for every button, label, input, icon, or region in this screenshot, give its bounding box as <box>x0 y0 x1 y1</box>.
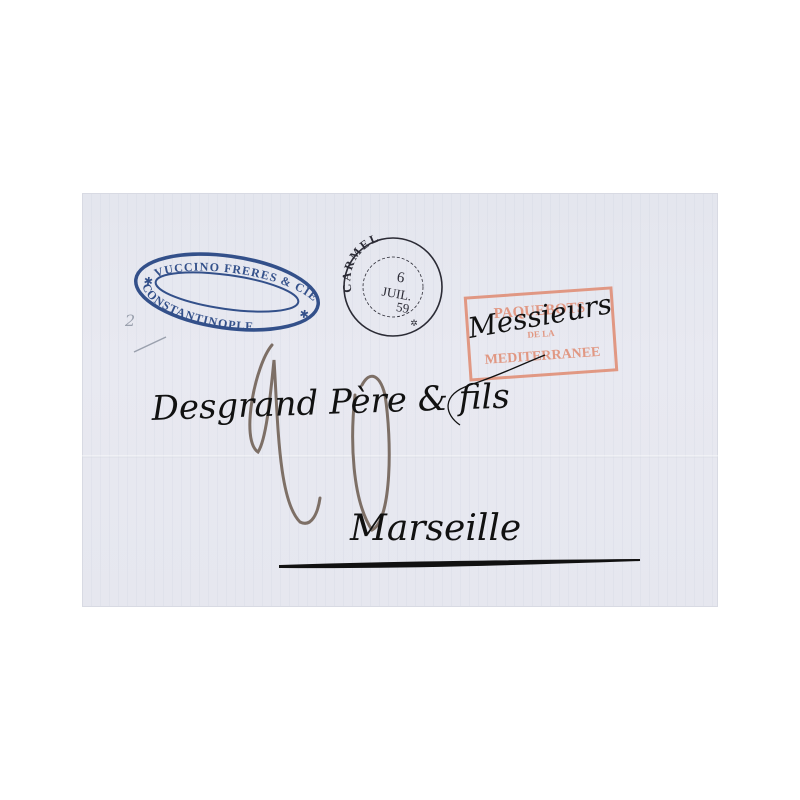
cachet-ornament-right: ✱ <box>299 308 310 321</box>
postmark-year: 59 <box>395 299 410 316</box>
postmark-ornament: ✲ <box>410 318 418 328</box>
cachet-bottom-text: CONSTANTINOPLE <box>135 280 259 335</box>
svg-text:2: 2 <box>124 311 135 330</box>
postmark-day: 6 <box>396 270 407 287</box>
cachet-ornament-left: ✱ <box>143 275 154 288</box>
margin-mark: 2 <box>124 311 166 352</box>
sender-cachet: VUCCINO FRERES & CIE CONSTANTINOPLE ✱ ✱ <box>130 244 324 344</box>
postmark-office: CARMEL <box>339 230 382 293</box>
cover-markings: VUCCINO FRERES & CIE CONSTANTINOPLE ✱ ✱ … <box>0 0 800 800</box>
tax-marking <box>250 345 389 530</box>
address-name: Desgrand Père & fils <box>150 377 510 430</box>
postmark: CARMEL 6 JUIL. 59 ✲ <box>339 230 442 336</box>
address-underline <box>280 560 640 567</box>
address-city: Marseille <box>349 508 521 549</box>
